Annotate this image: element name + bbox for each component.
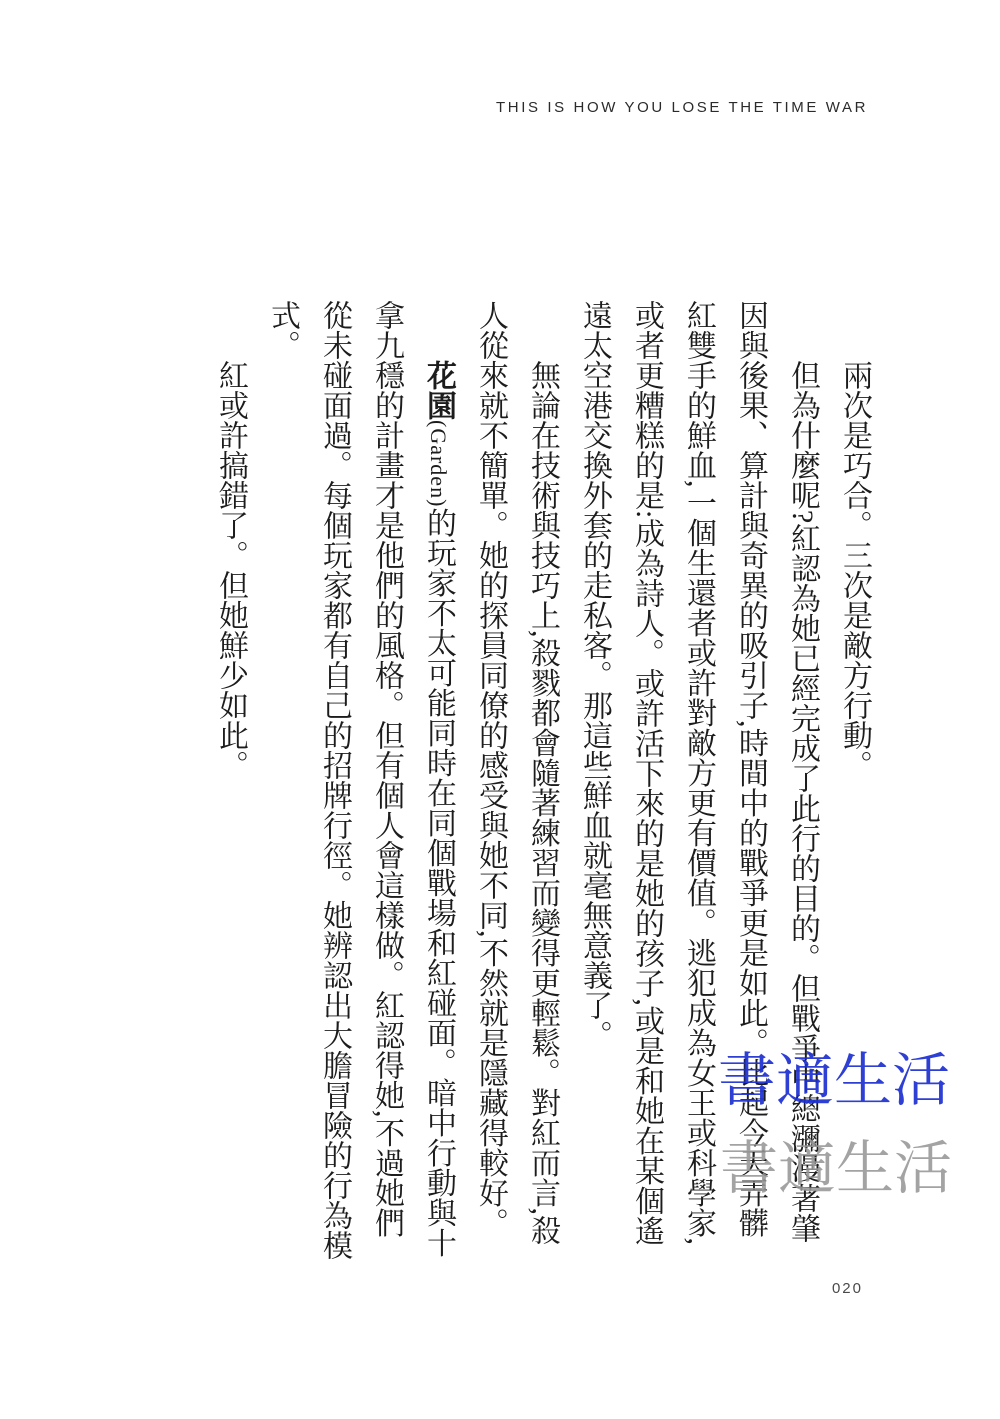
running-head: THIS IS HOW YOU LOSE THE TIME WAR [496,99,868,116]
keyword-garden-cjk: 花園 [422,360,455,420]
paragraph-2: 但為什麼呢?紅認為她已經完成了此行的目的。但戰爭中總瀰漫著肇因與後果、算計與奇異… [568,300,828,1260]
page-number: 020 [832,1280,863,1297]
paragraph-4: 花園(Garden)的玩家不太可能同時在同個戰場和紅碰面。暗中行動與十拿九穩的計… [256,300,464,1260]
paragraph-1: 兩次是巧合。三次是敵方行動。 [828,300,880,1260]
book-page: THIS IS HOW YOU LOSE THE TIME WAR 兩次是巧合。… [0,0,1000,1419]
paragraph-3: 無論在技術與技巧上,殺戮都會隨著練習而變得更輕鬆。對紅而言,殺人從來就不簡單。她… [464,300,568,1260]
keyword-garden-latin: (Garden) [426,420,451,507]
paragraph-5: 紅或許搞錯了。但她鮮少如此。 [204,300,256,1260]
body-text: 兩次是巧合。三次是敵方行動。 但為什麼呢?紅認為她已經完成了此行的目的。但戰爭中… [204,300,880,1260]
